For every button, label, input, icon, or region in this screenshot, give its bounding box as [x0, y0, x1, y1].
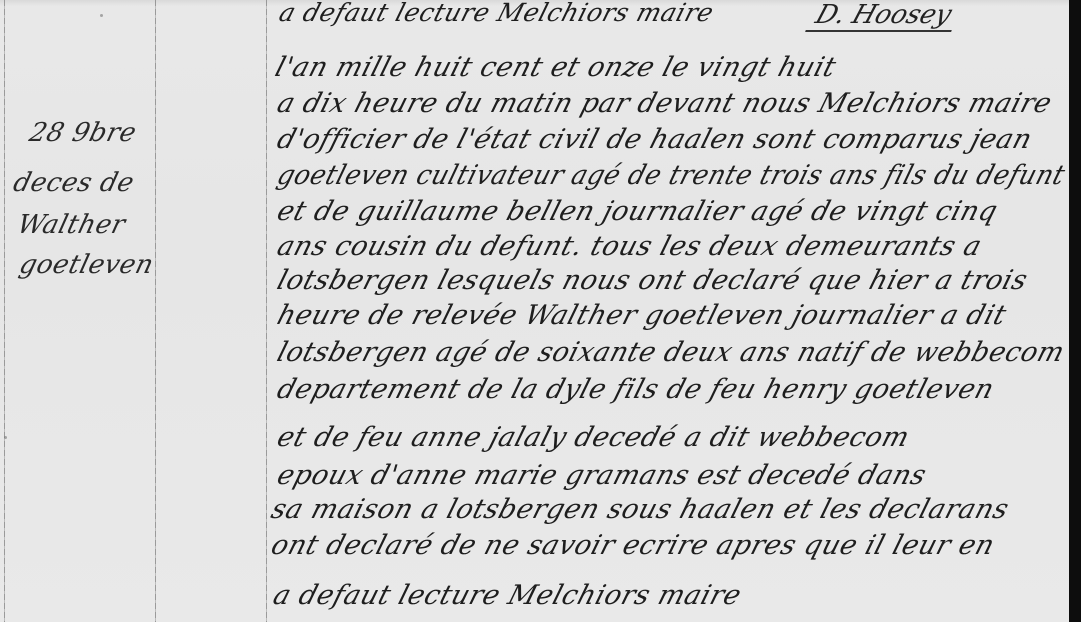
record-line-12: et de feu anne jalaly decedé a dit webbe…	[274, 422, 914, 453]
left-edge-rule-line	[4, 0, 5, 622]
record-line-7: ans cousin du defunt. tous les deux deme…	[274, 231, 986, 262]
margin-note-given-name: Walther	[14, 210, 128, 240]
paper-speck	[100, 14, 103, 17]
record-line-9: heure de relevée Walther goetleven journ…	[274, 300, 1010, 331]
body-column-rule-line	[266, 0, 267, 622]
official-signature: D. Hoosey	[805, 2, 961, 32]
record-line-3: a dix heure du matin par devant nous Mel…	[274, 88, 1056, 119]
record-line-6: et de guillaume bellen journalier agé de…	[274, 196, 1002, 227]
record-line-8: lotsbergen lesquels nous ont declaré que…	[274, 265, 1032, 296]
record-line-2: l'an mille huit cent et onze le vingt hu…	[272, 52, 840, 83]
document-page: 28 9bre deces de Walther goetleven a def…	[0, 0, 1081, 622]
record-line-14: sa maison a lotsbergen sous haalen et le…	[268, 494, 1013, 525]
record-line-4: d'officier de l'état civil de haalen son…	[274, 124, 1036, 155]
record-line-1: a defaut lecture Melchiors maire	[276, 0, 717, 27]
record-line-13: epoux d'anne marie gramans est decedé da…	[274, 460, 930, 491]
margin-note-surname: goetleven	[16, 250, 157, 280]
margin-column-rule-line	[155, 0, 156, 622]
record-line-5: goetleven cultivateur agé de trente troi…	[274, 160, 1069, 191]
scan-edge-border	[1069, 0, 1081, 622]
record-line-11: departement de la dyle fils de feu henry…	[274, 374, 998, 405]
record-line-16: a defaut lecture Melchiors maire	[270, 580, 745, 611]
margin-note-date: 28 9bre	[26, 118, 139, 148]
record-line-15: ont declaré de ne savoir ecrire apres qu…	[268, 530, 999, 561]
paper-speck	[4, 436, 7, 439]
record-line-10: lotsbergen agé de soixante deux ans nati…	[274, 337, 1069, 368]
paper-speck	[1034, 98, 1037, 101]
margin-note-deces: deces de	[10, 168, 137, 198]
